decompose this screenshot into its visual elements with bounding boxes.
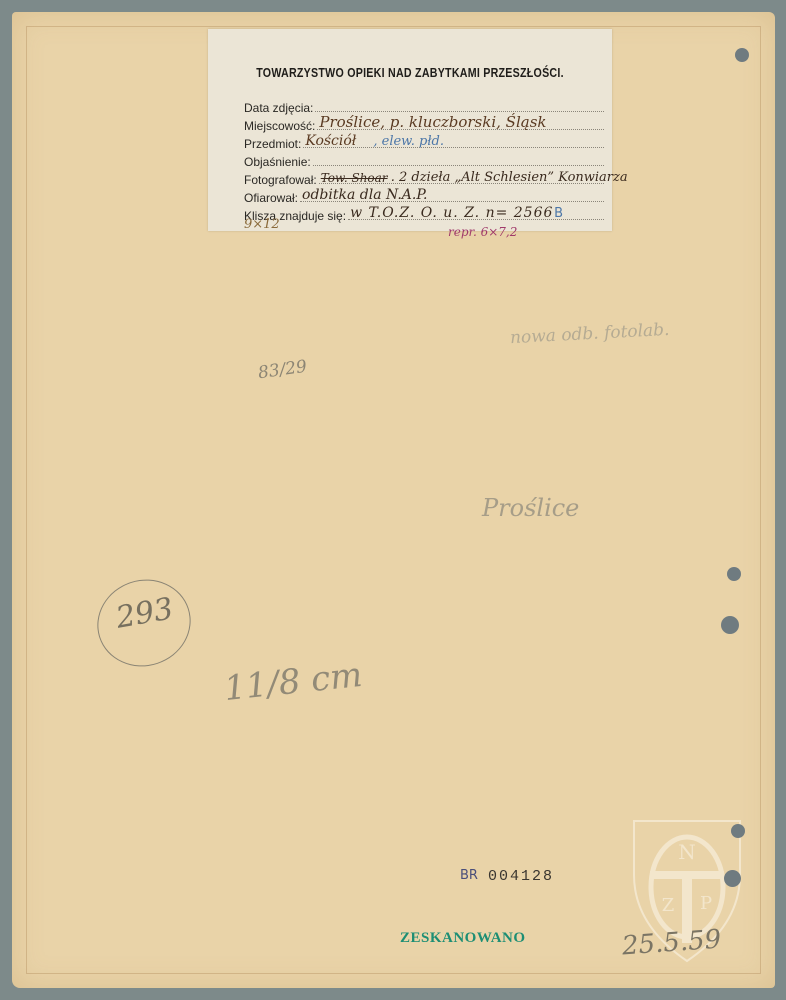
field-value: w T.O.Z. O. u. Z. n= 2566 (350, 205, 553, 221)
inventory-number: 004128 (488, 868, 554, 885)
svg-text:N: N (678, 840, 696, 864)
field-value-line: Proślice, p. kluczborski, Śląsk (317, 115, 604, 130)
field-value-line (313, 151, 604, 166)
field-value-line: Tow. Shoar . 2 dzieła „Alt Schlesien” Ko… (319, 169, 604, 184)
field-value-line: Kościół , elew. płd. (303, 133, 604, 148)
field-value: odbitka dla N.A.P. (302, 187, 427, 203)
pencil-place-name: Proślice (482, 494, 579, 522)
field-label: Fotografował: (244, 173, 317, 187)
society-label: TOWARZYSTWO OPIEKI NAD ZABYTKAMI PRZESZŁ… (208, 29, 612, 231)
svg-text:P: P (700, 893, 712, 914)
punch-hole (731, 824, 745, 838)
field-value-extra: , elew. płd. (373, 134, 444, 149)
field-label: Przedmiot: (244, 137, 301, 151)
field-przedmiot: Przedmiot: Kościół , elew. płd. (244, 133, 606, 151)
scan-status-stamp: ZESKANOWANO (400, 930, 526, 947)
field-klisza: Klisza znajduje się: w T.O.Z. O. u. Z. n… (244, 205, 606, 223)
field-value-suffix: B (554, 206, 563, 221)
field-label: Ofiarował: (244, 191, 298, 205)
field-miejscowosc: Miejscowość: Proślice, p. kluczborski, Ś… (244, 115, 606, 133)
archive-card: TOWARZYSTWO OPIEKI NAD ZABYTKAMI PRZESZŁ… (12, 12, 775, 988)
field-value-line: odbitka dla N.A.P. (300, 187, 604, 202)
field-fotografowal: Fotografował: Tow. Shoar . 2 dzieła „Alt… (244, 169, 606, 187)
field-value-line: w T.O.Z. O. u. Z. n= 2566 B (348, 205, 604, 220)
field-objasnienie: Objaśnienie: (244, 151, 606, 169)
field-label: Objaśnienie: (244, 155, 311, 169)
field-label: Data zdjęcia: (244, 101, 313, 115)
field-value-line (315, 97, 604, 112)
field-value-struck: Tow. Shoar (321, 171, 388, 185)
label-title: TOWARZYSTWO OPIEKI NAD ZABYTKAMI PRZESZŁ… (244, 65, 575, 80)
field-ofiarowal: Ofiarował: odbitka dla N.A.P. (244, 187, 606, 205)
repro-note: repr. 6×7,2 (448, 225, 517, 239)
punch-hole (721, 616, 739, 634)
inventory-prefix: BR (460, 868, 478, 883)
field-value: Kościół (305, 133, 356, 149)
field-value: . 2 dzieła „Alt Schlesien” Konwiarza (391, 170, 628, 185)
svg-text:Z: Z (662, 895, 675, 916)
field-value: Proślice, p. kluczborski, Śląsk (319, 113, 546, 131)
punch-hole (735, 48, 749, 62)
punch-hole (727, 567, 741, 581)
punch-hole (724, 870, 741, 887)
field-label: Miejscowość: (244, 119, 315, 133)
size-note: 9×12 (244, 217, 280, 232)
